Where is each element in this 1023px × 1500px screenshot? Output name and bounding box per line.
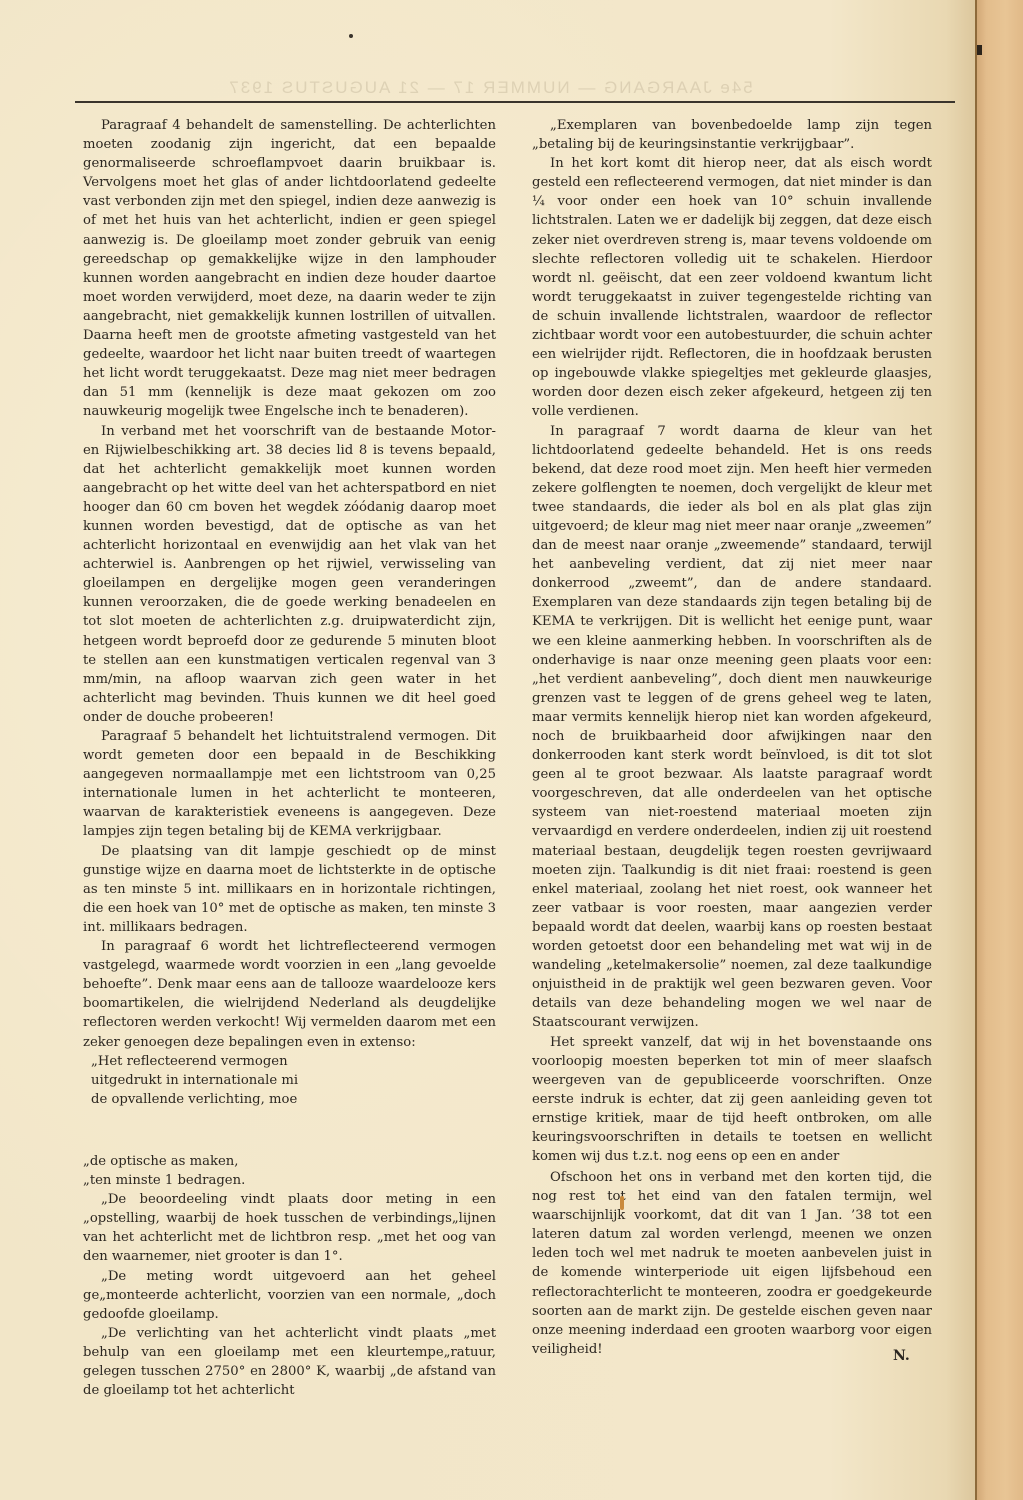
- paragraph: „De meting wordt uitgevoerd aan het gehe…: [83, 1267, 496, 1324]
- quote-line: de opvallende verlichting, moe: [83, 1090, 338, 1109]
- quote-line: uitgedrukt in internationale mi: [83, 1071, 338, 1090]
- column-left-bottom: „de optische as maken, „ten minste 1 bed…: [83, 1152, 496, 1400]
- paragraph: „de optische as maken,: [83, 1152, 496, 1171]
- column-left-top: Paragraaf 4 behandelt de samenstelling. …: [83, 116, 496, 1109]
- quote-line: „Het reflecteerend vermogen: [83, 1052, 338, 1071]
- paper-stain: [620, 1196, 624, 1210]
- show-through-header: 54e JAARGANG — NUMMER 17 — 21 AUGUSTUS 1…: [40, 78, 940, 98]
- paragraph: „Exemplaren van bovenbedoelde lamp zijn …: [532, 116, 932, 154]
- paragraph: „De verlichting van het achterlicht vind…: [83, 1324, 496, 1400]
- quote-block: „Het reflecteerend vermogen uitgedrukt i…: [83, 1052, 338, 1109]
- paragraph: De plaatsing van dit lampje geschiedt op…: [83, 842, 496, 937]
- author-signature: N.: [893, 1348, 910, 1364]
- paragraph: In het kort komt dit hierop neer, dat al…: [532, 154, 932, 421]
- paragraph: „De beoordeeling vindt plaats door metin…: [83, 1190, 496, 1266]
- paragraph: Het spreekt vanzelf, dat wij in het bove…: [532, 1033, 932, 1167]
- paragraph: „ten minste 1 bedragen.: [83, 1171, 496, 1190]
- paragraph: In paragraaf 6 wordt het lichtreflecteer…: [83, 937, 496, 1052]
- header-rule: [75, 101, 955, 103]
- page-mark: [349, 34, 353, 38]
- column-right-bottom: Ofschoon het ons in verband met den kort…: [532, 1168, 932, 1359]
- paragraph: Paragraaf 5 behandelt het lichtuitstrale…: [83, 727, 496, 842]
- paragraph: In verband met het voorschrift van de be…: [83, 422, 496, 728]
- binding-staple: [977, 45, 982, 55]
- column-right-top: „Exemplaren van bovenbedoelde lamp zijn …: [532, 116, 932, 1166]
- paragraph: Ofschoon het ons in verband met den kort…: [532, 1168, 932, 1359]
- paragraph: Paragraaf 4 behandelt de samenstelling. …: [83, 116, 496, 422]
- newspaper-page: 54e JAARGANG — NUMMER 17 — 21 AUGUSTUS 1…: [0, 0, 975, 1500]
- binding-spine: [975, 0, 1023, 1500]
- paragraph: In paragraaf 7 wordt daarna de kleur van…: [532, 422, 932, 1033]
